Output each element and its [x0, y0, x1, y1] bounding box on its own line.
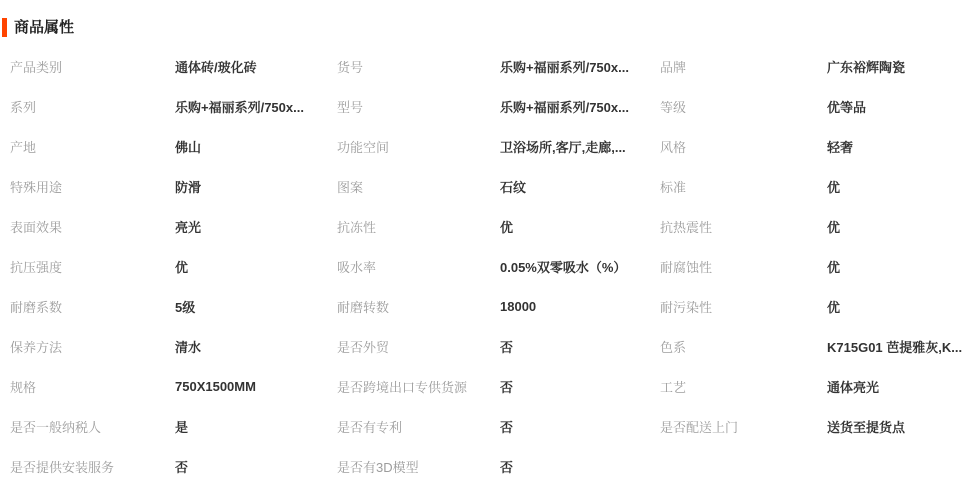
attribute-label: 特殊用途 — [10, 177, 175, 196]
attribute-value: 18000 — [500, 299, 660, 314]
attributes-table: 产品类别通体砖/玻化砖货号乐购+福丽系列/750x...品牌广东裕辉陶瓷系列乐购… — [0, 46, 971, 486]
attribute-value: 否 — [500, 457, 660, 476]
attribute-label: 表面效果 — [10, 217, 175, 236]
attribute-label: 色系 — [660, 337, 827, 356]
attribute-value: 优 — [827, 257, 971, 276]
attribute-label: 耐腐蚀性 — [660, 257, 827, 276]
attribute-value: 否 — [500, 377, 660, 396]
section-title: 商品属性 — [14, 17, 74, 38]
attribute-label: 货号 — [337, 57, 500, 76]
attribute-label: 是否有专利 — [337, 417, 500, 436]
product-attributes-panel: 商品属性 产品类别通体砖/玻化砖货号乐购+福丽系列/750x...品牌广东裕辉陶… — [0, 0, 971, 486]
attribute-label: 图案 — [337, 177, 500, 196]
attribute-value: 否 — [175, 457, 337, 476]
attribute-value: 轻奢 — [827, 137, 971, 156]
attribute-label: 耐污染性 — [660, 297, 827, 316]
attribute-value: 否 — [500, 417, 660, 436]
attribute-label: 是否一般纳税人 — [10, 417, 175, 436]
attribute-label: 风格 — [660, 137, 827, 156]
attribute-label: 标准 — [660, 177, 827, 196]
attribute-value: 乐购+福丽系列/750x... — [500, 97, 660, 116]
attribute-label: 系列 — [10, 97, 175, 116]
attribute-value: 佛山 — [175, 137, 337, 156]
attribute-label: 抗压强度 — [10, 257, 175, 276]
attribute-value: 优 — [175, 257, 337, 276]
attribute-value: 5级 — [175, 297, 337, 316]
attribute-value: 优 — [827, 177, 971, 196]
attribute-value: 防滑 — [175, 177, 337, 196]
attribute-label: 规格 — [10, 377, 175, 396]
attribute-label: 品牌 — [660, 57, 827, 76]
attribute-value: 通体亮光 — [827, 377, 971, 396]
attribute-value: K715G01 芭提雅灰,K... — [827, 337, 971, 356]
attribute-label: 是否提供安装服务 — [10, 457, 175, 476]
attribute-label: 吸水率 — [337, 257, 500, 276]
attribute-value: 优等品 — [827, 97, 971, 116]
attribute-value: 送货至提货点 — [827, 417, 971, 436]
attribute-value: 乐购+福丽系列/750x... — [500, 57, 660, 76]
attribute-value: 优 — [827, 217, 971, 236]
attribute-label: 耐磨系数 — [10, 297, 175, 316]
attribute-value: 优 — [500, 217, 660, 236]
attribute-label: 是否配送上门 — [660, 417, 827, 436]
attribute-value: 亮光 — [175, 217, 337, 236]
attribute-label: 型号 — [337, 97, 500, 116]
attribute-label: 产品类别 — [10, 57, 175, 76]
attribute-label: 是否跨境出口专供货源 — [337, 377, 500, 396]
attribute-label: 是否外贸 — [337, 337, 500, 356]
attribute-value: 石纹 — [500, 177, 660, 196]
attribute-label: 保养方法 — [10, 337, 175, 356]
attribute-value: 卫浴场所,客厅,走廊,... — [500, 137, 660, 156]
attribute-label: 功能空间 — [337, 137, 500, 156]
attribute-value: 优 — [827, 297, 971, 316]
attribute-label: 等级 — [660, 97, 827, 116]
attribute-label: 产地 — [10, 137, 175, 156]
section-header: 商品属性 — [2, 17, 971, 38]
attribute-label: 工艺 — [660, 377, 827, 396]
attribute-value: 750X1500MM — [175, 379, 337, 394]
attribute-value: 通体砖/玻化砖 — [175, 57, 337, 76]
attribute-value: 0.05%双零吸水（%） — [500, 257, 660, 276]
attribute-label: 抗冻性 — [337, 217, 500, 236]
attribute-value: 否 — [500, 337, 660, 356]
attribute-label: 抗热震性 — [660, 217, 827, 236]
attribute-value: 清水 — [175, 337, 337, 356]
attribute-value: 乐购+福丽系列/750x... — [175, 97, 337, 116]
attribute-value: 是 — [175, 417, 337, 436]
section-accent-bar — [2, 18, 7, 37]
attribute-value: 广东裕辉陶瓷 — [827, 57, 971, 76]
attribute-label: 耐磨转数 — [337, 297, 500, 316]
attribute-label: 是否有3D模型 — [337, 457, 500, 476]
